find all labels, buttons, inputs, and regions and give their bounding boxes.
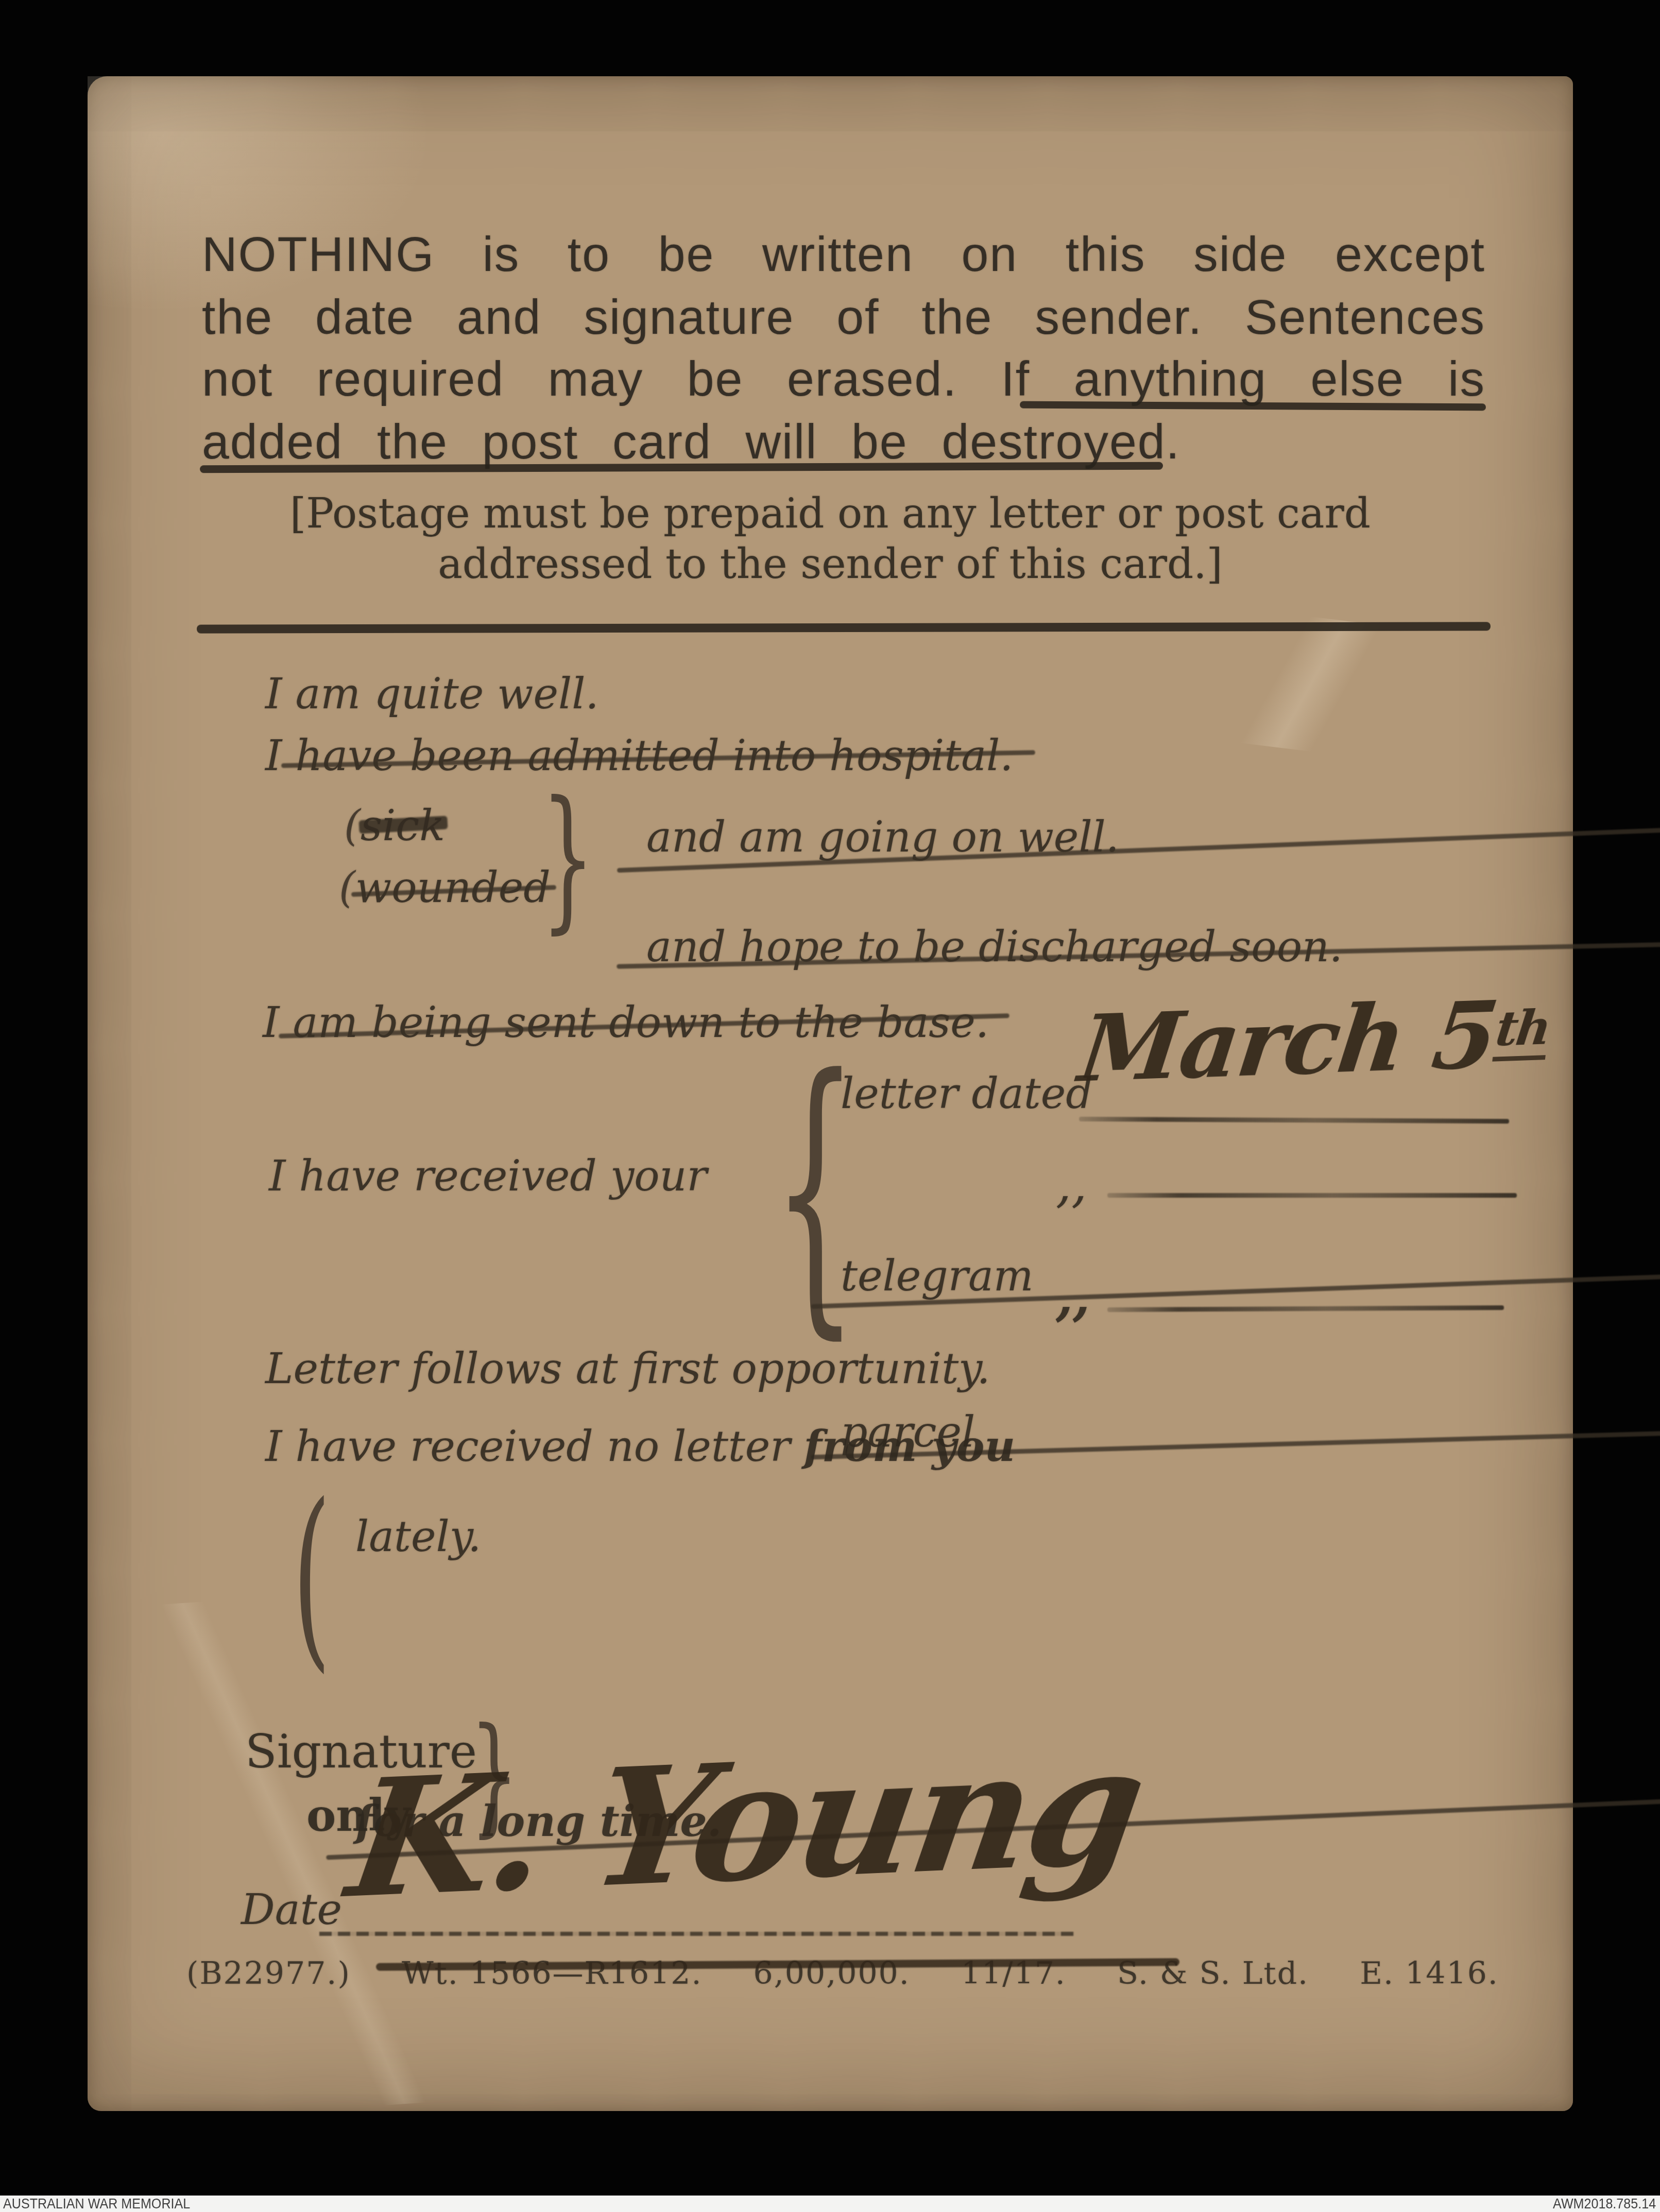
sentence-received-intro: I have received your bbox=[269, 1152, 707, 1201]
imprint-segment: (B22977.) bbox=[186, 1955, 351, 1992]
date-blank-line bbox=[319, 1932, 1074, 1936]
sentence-admitted: I have been admitted into hospital. bbox=[265, 731, 1013, 780]
header-warning-line1: NOTHINGistobewrittenonthissideexcept bbox=[202, 227, 1485, 283]
archive-name: AUSTRALIAN WAR MEMORIAL bbox=[3, 2196, 190, 2212]
section-divider-rule bbox=[197, 622, 1491, 633]
option-sick: sick bbox=[361, 802, 445, 850]
blank-line-parcel bbox=[1107, 1305, 1504, 1312]
option-lately: lately. bbox=[355, 1512, 481, 1561]
grouping-brace-sick-wounded: } bbox=[541, 781, 595, 935]
label-letter-dated: letter dated bbox=[841, 1069, 1093, 1118]
option-sick-row: (sick bbox=[344, 802, 445, 850]
paper-crease bbox=[1034, 585, 1587, 784]
archive-credit-strip: AUSTRALIAN WAR MEMORIAL AWM2018.785.14 bbox=[0, 2196, 1660, 2212]
sentence-base-prefix: I bbox=[263, 998, 279, 1047]
opening-paren: ( bbox=[344, 802, 361, 850]
sentence-sent-to-base: I am being sent down to the base. bbox=[263, 998, 989, 1047]
sentence-admitted-struck: have been admitted into hospital. bbox=[295, 731, 1013, 780]
label-telegram: telegram bbox=[841, 1252, 1660, 1301]
grouping-brace-lately: ( bbox=[293, 1478, 331, 1674]
date-label: Date bbox=[241, 1885, 342, 1934]
option-wounded: wounded bbox=[355, 863, 551, 912]
sentence-letter-follows: Letter follows at first opportunity. bbox=[265, 1345, 990, 1393]
option-wounded-row: (wounded bbox=[339, 863, 551, 912]
sentence-admitted-prefix: I bbox=[265, 731, 282, 780]
ditto-mark-parcel: ,, bbox=[1056, 1269, 1090, 1326]
sentence-no-letter: I have received no letter from you bbox=[265, 1422, 1015, 1471]
blank-line-letter-dated bbox=[1079, 1117, 1509, 1124]
postage-note: [Postage must be prepaid on any letter o… bbox=[217, 488, 1443, 589]
sentence-no-letter-from-you: from you bbox=[804, 1422, 1015, 1471]
header-warning-line3: notrequiredmaybeerased.Ifanythingelseis bbox=[202, 351, 1485, 407]
blank-line-telegram bbox=[1107, 1193, 1517, 1198]
sentence-discharged-soon: and hope to be discharged soon. bbox=[646, 923, 1660, 972]
handwritten-signature: K. Young bbox=[338, 1710, 1153, 1935]
archive-scan-page: NOTHINGistobewrittenonthissideexcept the… bbox=[0, 0, 1660, 2212]
handwritten-letter-date-suffix: th bbox=[1492, 999, 1552, 1061]
handwritten-letter-date: March 5th bbox=[1074, 979, 1555, 1102]
postage-note-line1: [Postage must be prepaid on any letter o… bbox=[217, 488, 1443, 539]
handwritten-letter-date-main: March 5 bbox=[1074, 981, 1502, 1103]
imprint-segment: E. 1416. bbox=[1360, 1955, 1499, 1992]
accession-number: AWM2018.785.14 bbox=[1553, 2196, 1656, 2212]
sentence-base-struck: am being sent down to the base. bbox=[293, 998, 988, 1047]
sentence-going-on-well: and am going on well. bbox=[646, 813, 1660, 862]
sentence-quite-well: I am quite well. bbox=[265, 670, 598, 719]
opening-paren: ( bbox=[339, 863, 355, 912]
ditto-mark-telegram: ,, bbox=[1056, 1157, 1087, 1214]
postage-note-line2: addressed to the sender of this card.] bbox=[217, 539, 1443, 589]
field-service-postcard: NOTHINGistobewrittenonthissideexcept the… bbox=[88, 76, 1573, 2111]
header-warning-line2: thedateandsignatureofthesender.Sentences bbox=[202, 290, 1485, 346]
sentence-no-letter-main: I have received no letter bbox=[265, 1422, 791, 1471]
